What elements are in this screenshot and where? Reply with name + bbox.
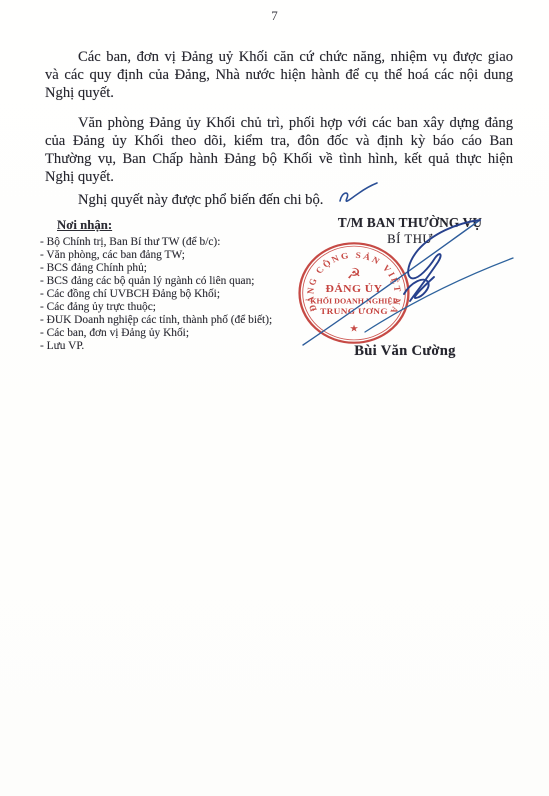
stamp-star-icon: ★: [349, 324, 358, 334]
paragraph-3: Nghị quyết này được phổ biến đến chi bộ.: [45, 191, 513, 209]
hammer-sickle-icon: ☭: [347, 266, 361, 282]
signing-authority: T/M BAN THƯỜNG VỤ: [300, 215, 520, 231]
recipient-item: - Các ban, đơn vị Đảng ủy Khối;: [40, 327, 300, 340]
stamp-line2: KHỐI DOANH NGHIỆP: [310, 296, 398, 306]
paragraph-line: Các ban, đơn vị Đảng uỷ Khối căn cứ chức…: [45, 48, 513, 66]
official-stamp: ĐẢNG CỘNG SẢN VIỆT NAM ☭ ĐẢNG ỦY KHỐI DO…: [296, 240, 412, 346]
body-text: Các ban, đơn vị Đảng uỷ Khối căn cứ chức…: [45, 48, 513, 209]
recipient-item: - BCS đảng Chính phủ;: [40, 262, 300, 275]
paragraph-line: và các quy định của Đảng, Nhà nước hiện …: [45, 66, 513, 84]
recipient-item: - Bộ Chính trị, Ban Bí thư TW (để b/c):: [40, 236, 300, 249]
paragraph-line: của Đảng ủy Khối theo dõi, kiểm tra, đôn…: [45, 132, 513, 150]
paragraph-line: Nghị quyết.: [45, 168, 513, 186]
recipients-heading: Nơi nhận:: [57, 218, 300, 233]
recipient-item: - Các đồng chí UVBCH Đảng bộ Khối;: [40, 288, 300, 301]
paragraph-line: Nghị quyết.: [45, 84, 513, 102]
recipients-block: Nơi nhận: - Bộ Chính trị, Ban Bí thư TW …: [40, 218, 300, 353]
stamp-line3: TRUNG ƯƠNG: [320, 307, 388, 317]
paragraph-line: Thường vụ, Ban Chấp hành Đảng bộ Khối về…: [45, 150, 513, 168]
document-page: 7 Các ban, đơn vị Đảng uỷ Khối căn cứ ch…: [0, 0, 549, 796]
stamp-seal-icon: ĐẢNG CỘNG SẢN VIỆT NAM ☭ ĐẢNG ỦY KHỐI DO…: [296, 240, 412, 346]
recipient-item: - BCS đảng các bộ quản lý ngành có liên …: [40, 275, 300, 288]
signer-name: Bùi Văn Cường: [338, 343, 472, 360]
stamp-line1: ĐẢNG ỦY: [326, 284, 383, 295]
paragraph-1: Các ban, đơn vị Đảng uỷ Khối căn cứ chức…: [45, 48, 513, 102]
paragraph-line: Nghị quyết này được phổ biến đến chi bộ.: [45, 191, 513, 209]
page-number: 7: [0, 8, 549, 24]
paragraph-2: Văn phòng Đảng ủy Khối chủ trì, phối hợp…: [45, 114, 513, 186]
recipient-item: - Các đảng ủy trực thuộc;: [40, 301, 300, 314]
recipient-item: - Văn phòng, các ban đảng TW;: [40, 249, 300, 262]
recipient-item: - Lưu VP.: [40, 340, 300, 353]
recipient-item: - ĐUK Doanh nghiệp các tỉnh, thành phố (…: [40, 314, 300, 327]
paragraph-line: Văn phòng Đảng ủy Khối chủ trì, phối hợp…: [45, 114, 513, 132]
